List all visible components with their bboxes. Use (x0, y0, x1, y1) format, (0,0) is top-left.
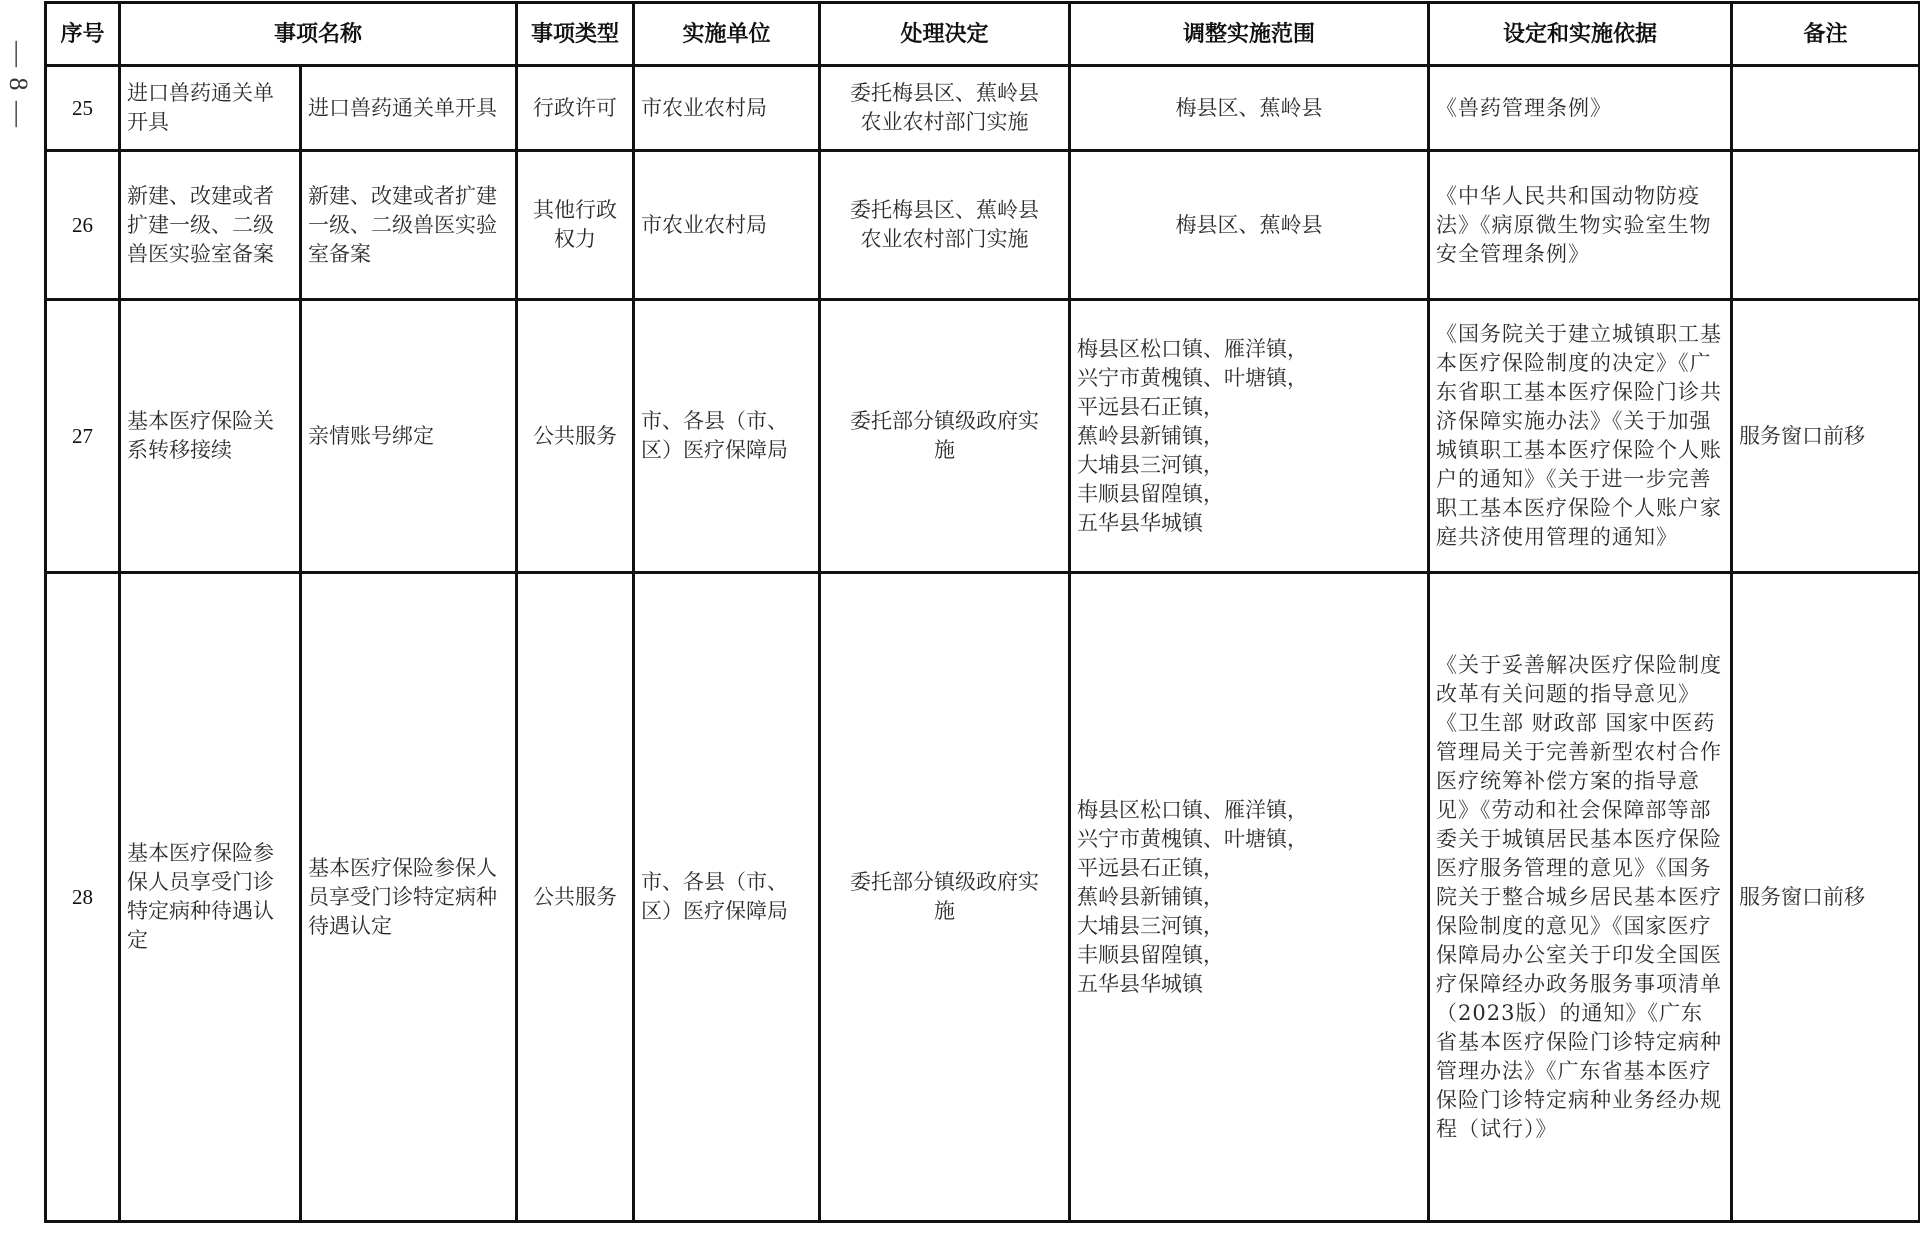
table-row: 25 进口兽药通关单开具 进口兽药通关单开具 行政许可 市农业农村局 委托梅县区… (46, 66, 1920, 151)
adjustment-table: 序号 事项名称 事项类型 实施单位 处理决定 调整实施范围 设定和实施依据 备注… (44, 1, 1920, 1223)
scope-line: 梅县区松口镇、雁洋镇， (1077, 335, 1421, 364)
scope-line: 丰顺县留隍镇， (1077, 480, 1421, 509)
cell-remark: 服务窗口前移 (1732, 573, 1920, 1222)
scope-line: 蕉岭县新铺镇， (1077, 422, 1421, 451)
cell-name-sub: 亲情账号绑定 (301, 300, 517, 573)
cell-seq: 25 (46, 66, 120, 151)
cell-decision: 委托部分镇级政府实施 (820, 300, 1070, 573)
cell-type: 其他行政权力 (517, 151, 634, 300)
cell-scope: 梅县区、蕉岭县 (1070, 151, 1429, 300)
cell-basis: 《国务院关于建立城镇职工基本医疗保险制度的决定》《广东省职工基本医疗保险门诊共济… (1429, 300, 1732, 573)
cell-unit: 市农业农村局 (634, 66, 820, 151)
header-decision: 处理决定 (820, 3, 1070, 66)
cell-scope: 梅县区松口镇、雁洋镇， 兴宁市黄槐镇、叶塘镇， 平远县石正镇， 蕉岭县新铺镇， … (1070, 573, 1429, 1222)
cell-name-main: 基本医疗保险关系转移接续 (120, 300, 301, 573)
page-number-text: — 8 — (3, 41, 33, 129)
cell-unit: 市、各县（市、区）医疗保障局 (634, 573, 820, 1222)
scope-line: 丰顺县留隍镇， (1077, 941, 1421, 970)
cell-decision: 委托梅县区、蕉岭县农业农村部门实施 (820, 66, 1070, 151)
header-row: 序号 事项名称 事项类型 实施单位 处理决定 调整实施范围 设定和实施依据 备注 (46, 3, 1920, 66)
header-item-name: 事项名称 (120, 3, 517, 66)
cell-basis: 《兽药管理条例》 (1429, 66, 1732, 151)
cell-unit: 市农业农村局 (634, 151, 820, 300)
header-seq: 序号 (46, 3, 120, 66)
cell-remark (1732, 151, 1920, 300)
scope-line: 蕉岭县新铺镇， (1077, 883, 1421, 912)
cell-name-main: 进口兽药通关单开具 (120, 66, 301, 151)
cell-remark: 服务窗口前移 (1732, 300, 1920, 573)
scope-line: 五华县华城镇 (1077, 970, 1421, 999)
cell-seq: 27 (46, 300, 120, 573)
cell-unit: 市、各县（市、区）医疗保障局 (634, 300, 820, 573)
scope-line: 平远县石正镇， (1077, 854, 1421, 883)
table-row: 27 基本医疗保险关系转移接续 亲情账号绑定 公共服务 市、各县（市、区）医疗保… (46, 300, 1920, 573)
scope-line: 兴宁市黄槐镇、叶塘镇， (1077, 825, 1421, 854)
cell-type: 行政许可 (517, 66, 634, 151)
table-row: 26 新建、改建或者扩建一级、二级兽医实验室备案 新建、改建或者扩建一级、二级兽… (46, 151, 1920, 300)
page-number: — 8 — (4, 30, 32, 140)
scope-line: 大埔县三河镇， (1077, 912, 1421, 941)
cell-name-sub: 基本医疗保险参保人员享受门诊特定病种待遇认定 (301, 573, 517, 1222)
scope-line: 兴宁市黄槐镇、叶塘镇， (1077, 364, 1421, 393)
scope-line: 五华县华城镇 (1077, 509, 1421, 538)
cell-decision: 委托部分镇级政府实施 (820, 573, 1070, 1222)
cell-name-sub: 进口兽药通关单开具 (301, 66, 517, 151)
scope-line: 平远县石正镇， (1077, 393, 1421, 422)
cell-scope: 梅县区松口镇、雁洋镇， 兴宁市黄槐镇、叶塘镇， 平远县石正镇， 蕉岭县新铺镇， … (1070, 300, 1429, 573)
table-row: 28 基本医疗保险参保人员享受门诊特定病种待遇认定 基本医疗保险参保人员享受门诊… (46, 573, 1920, 1222)
scope-line: 梅县区松口镇、雁洋镇， (1077, 796, 1421, 825)
cell-type: 公共服务 (517, 300, 634, 573)
cell-type: 公共服务 (517, 573, 634, 1222)
cell-scope: 梅县区、蕉岭县 (1070, 66, 1429, 151)
header-item-type: 事项类型 (517, 3, 634, 66)
cell-name-main: 新建、改建或者扩建一级、二级兽医实验室备案 (120, 151, 301, 300)
header-unit: 实施单位 (634, 3, 820, 66)
cell-decision: 委托梅县区、蕉岭县农业农村部门实施 (820, 151, 1070, 300)
header-scope: 调整实施范围 (1070, 3, 1429, 66)
cell-name-main: 基本医疗保险参保人员享受门诊特定病种待遇认定 (120, 573, 301, 1222)
cell-basis: 《关于妥善解决医疗保险制度改革有关问题的指导意见》《卫生部 财政部 国家中医药管… (1429, 573, 1732, 1222)
cell-name-sub: 新建、改建或者扩建一级、二级兽医实验室备案 (301, 151, 517, 300)
cell-seq: 28 (46, 573, 120, 1222)
header-remark: 备注 (1732, 3, 1920, 66)
cell-basis: 《中华人民共和国动物防疫法》《病原微生物实验室生物安全管理条例》 (1429, 151, 1732, 300)
cell-remark (1732, 66, 1920, 151)
cell-seq: 26 (46, 151, 120, 300)
scope-line: 大埔县三河镇， (1077, 451, 1421, 480)
header-basis: 设定和实施依据 (1429, 3, 1732, 66)
